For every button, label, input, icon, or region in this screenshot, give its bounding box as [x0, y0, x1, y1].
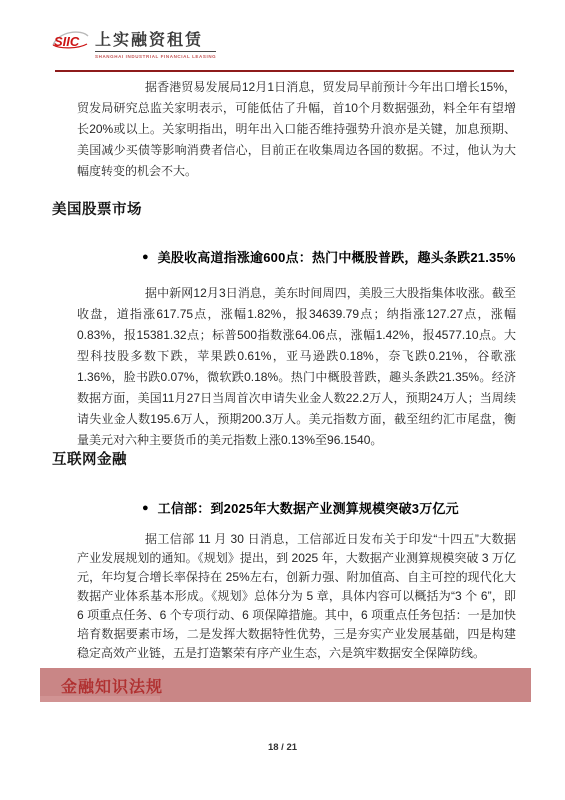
company-name-en: SHANGHAI INDUSTRIAL FINANCIAL LEASING — [95, 54, 216, 59]
company-name: 上实融资租赁 — [95, 27, 216, 52]
page-number: 18 / 21 — [268, 742, 297, 753]
bullet-headline-text: 工信部：到2025年大数据产业测算规模突破3万亿元 — [158, 500, 459, 517]
bullet-headline-us-stocks: ● 美股收高道指涨逾600点：热门中概股普跌，趣头条跌21.35% — [142, 249, 518, 266]
page-footer: 18 / 21 — [0, 742, 565, 753]
banner-label: 金融知识法规 — [40, 674, 163, 697]
bullet-icon: ● — [142, 500, 149, 517]
bullet-icon: ● — [142, 249, 149, 266]
siic-logo-icon: SIIC — [50, 27, 90, 53]
logo-text: 上实融资租赁 SHANGHAI INDUSTRIAL FINANCIAL LEA… — [95, 27, 216, 59]
section-heading-internet-finance: 互联网金融 — [52, 448, 127, 469]
paragraph-big-data: 据工信部 11 月 30 日消息，工信部近日发布关于印发“十四五”大数据产业发展… — [77, 530, 516, 663]
paragraph-us-stocks: 据中新网12月3日消息，美东时间周四，美股三大股指集体收涨。截至收盘，道指涨61… — [77, 283, 516, 451]
bullet-headline-big-data: ● 工信部：到2025年大数据产业测算规模突破3万亿元 — [142, 500, 518, 517]
header-divider — [55, 70, 514, 72]
paragraph-hk-trade: 据香港贸易发展局12月1日消息，贸发局早前预计今年出口增长15%，贸发局研究总监… — [77, 77, 516, 182]
section-banner-finance-laws: 金融知识法规 — [40, 668, 531, 702]
company-logo: SIIC 上实融资租赁 SHANGHAI INDUSTRIAL FINANCIA… — [50, 27, 216, 59]
document-page: SIIC 上实融资租赁 SHANGHAI INDUSTRIAL FINANCIA… — [0, 0, 565, 800]
section-heading-us-stock-market: 美国股票市场 — [52, 198, 142, 219]
page-header: SIIC 上实融资租赁 SHANGHAI INDUSTRIAL FINANCIA… — [50, 27, 216, 59]
bullet-headline-text: 美股收高道指涨逾600点：热门中概股普跌，趣头条跌21.35% — [158, 249, 516, 266]
svg-text:SIIC: SIIC — [54, 34, 80, 49]
